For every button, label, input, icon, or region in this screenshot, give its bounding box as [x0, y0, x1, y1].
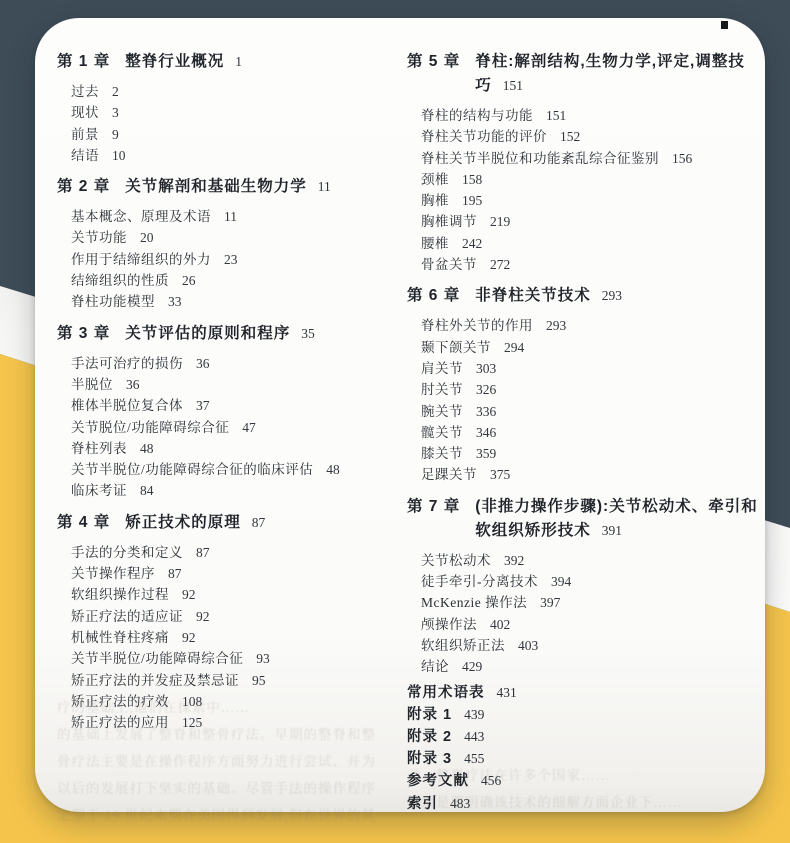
toc-item-page: 36	[196, 356, 210, 371]
chapter-page-number: 391	[602, 523, 622, 538]
toc-item-label: 前景	[71, 127, 99, 142]
toc-item: 半脱位36	[71, 374, 399, 395]
toc-item-label: 关节半脱位/功能障碍综合征的临床评估	[71, 462, 313, 477]
toc-item: 结缔组织的性质26	[71, 270, 399, 291]
back-matter-item: 索引483	[407, 793, 759, 815]
toc-item-label: 胸椎	[421, 193, 449, 208]
toc-item-label: 关节松动术	[421, 553, 491, 568]
toc-item-page: 92	[182, 630, 196, 645]
chapter-title-text: 关节评估的原则和程序	[125, 325, 290, 342]
toc-item-label: 软组织矫正法	[421, 638, 505, 653]
toc-item-label: 关节功能	[71, 230, 127, 245]
toc-item-page: 26	[182, 273, 196, 288]
chapter-title: 关节解剖和基础生物力学11	[125, 175, 399, 199]
chapter-page-number: 87	[252, 515, 266, 530]
toc-item-page: 125	[182, 715, 202, 730]
toc-item-list: 手法可治疗的损伤36半脱位36椎体半脱位复合体37关节脱位/功能障碍综合征47脊…	[57, 353, 399, 502]
back-matter-item: 附录 1439	[407, 704, 759, 726]
toc-item-label: 现状	[71, 105, 99, 120]
back-matter-item: 常用术语表431	[407, 682, 759, 704]
chapter-number: 第 3 章	[57, 322, 110, 346]
toc-item: 脊柱的结构与功能151	[421, 105, 759, 126]
toc-item-page: 33	[168, 294, 182, 309]
toc-item-page: 92	[196, 609, 210, 624]
toc-item: 足踝关节375	[421, 464, 759, 485]
back-matter-label: 附录 1	[407, 707, 452, 723]
toc-item-page: 11	[224, 209, 237, 224]
toc-item-page: 95	[252, 673, 266, 688]
chapter-heading: 第 4 章矫正技术的原理87	[57, 511, 399, 535]
toc-item: 关节半脱位/功能障碍综合征93	[71, 648, 399, 669]
chapter-title: 非脊柱关节技术293	[475, 284, 759, 308]
toc-item-label: 矫正疗法的应用	[71, 715, 169, 730]
toc-item-page: 3	[112, 105, 119, 120]
toc-column-right: 第 5 章脊柱:解剖结构,生物力学,评定,调整技巧151脊柱的结构与功能151脊…	[407, 50, 759, 815]
chapter-title: 脊柱:解剖结构,生物力学,评定,调整技巧151	[475, 50, 759, 98]
toc-item: 徒手牵引-分离技术394	[421, 571, 759, 592]
toc-item-page: 397	[540, 595, 560, 610]
toc-item: 颈椎158	[421, 169, 759, 190]
toc-item: 手法的分类和定义87	[71, 542, 399, 563]
toc-item-label: 颅操作法	[421, 617, 477, 632]
toc-item-page: 47	[242, 420, 256, 435]
back-matter-page: 443	[464, 729, 484, 744]
toc-item-label: 脊柱列表	[71, 441, 127, 456]
toc-column-left: 第 1 章整脊行业概况1过去2现状3前景9结语10第 2 章关节解剖和基础生物力…	[57, 50, 399, 737]
toc-item: 关节功能20	[71, 227, 399, 248]
toc-item: 机械性脊柱疼痛92	[71, 627, 399, 648]
toc-item-page: 429	[462, 659, 482, 674]
toc-item-label: 结缔组织的性质	[71, 273, 169, 288]
toc-item-list: 脊柱的结构与功能151脊柱关节功能的评价152脊柱关节半脱位和功能紊乱综合征鉴别…	[407, 105, 759, 275]
chapter-title: 关节评估的原则和程序35	[125, 322, 399, 346]
toc-item-page: 242	[462, 236, 482, 251]
toc-item: 关节脱位/功能障碍综合征47	[71, 417, 399, 438]
toc-item-label: 椎体半脱位复合体	[71, 398, 183, 413]
chapter-number: 第 4 章	[57, 511, 110, 535]
toc-item-page: 93	[256, 651, 270, 666]
toc-item-page: 359	[476, 446, 496, 461]
toc-item: 基本概念、原理及术语11	[71, 206, 399, 227]
toc-item-page: 2	[112, 84, 119, 99]
toc-item-label: 胸椎调节	[421, 214, 477, 229]
toc-item-label: 脊柱关节半脱位和功能紊乱综合征鉴别	[421, 151, 659, 166]
toc-item-label: 作用于结缔组织的外力	[71, 252, 211, 267]
toc-item-label: 关节脱位/功能障碍综合征	[71, 420, 229, 435]
back-matter-item: 参考文献456	[407, 770, 759, 792]
chapter-title-text: 非脊柱关节技术	[475, 287, 591, 304]
toc-item-label: 颈椎	[421, 172, 449, 187]
toc-item: 前景9	[71, 124, 399, 145]
toc-item: 膝关节359	[421, 443, 759, 464]
toc-item-page: 151	[546, 108, 566, 123]
chapter-number: 第 6 章	[407, 284, 460, 308]
back-matter-page: 455	[464, 751, 484, 766]
toc-item-label: 结论	[421, 659, 449, 674]
toc-item-page: 92	[182, 587, 196, 602]
toc-item: 现状3	[71, 102, 399, 123]
back-matter-label: 索引	[407, 796, 438, 812]
toc-item-label: 矫正疗法的适应证	[71, 609, 183, 624]
chapter-heading: 第 7 章(非推力操作步骤):关节松动术、牵引和软组织矫形技术391	[407, 495, 759, 543]
toc-item-label: 脊柱关节功能的评价	[421, 129, 547, 144]
toc-item-label: 腕关节	[421, 404, 463, 419]
toc-item: 腕关节336	[421, 401, 759, 422]
toc-item-page: 336	[476, 404, 496, 419]
back-matter-label: 常用术语表	[407, 685, 485, 701]
toc-item: 过去2	[71, 81, 399, 102]
toc-item: 脊柱外关节的作用293	[421, 315, 759, 336]
chapter-number: 第 1 章	[57, 50, 110, 74]
toc-item-page: 84	[140, 483, 154, 498]
toc-item-page: 9	[112, 127, 119, 142]
toc-item-page: 346	[476, 425, 496, 440]
back-matter-page: 483	[450, 796, 470, 811]
toc-item-label: 半脱位	[71, 377, 113, 392]
toc-item: 脊柱列表48	[71, 438, 399, 459]
chapter-page-number: 11	[318, 179, 331, 194]
toc-item-page: 392	[504, 553, 524, 568]
toc-item-page: 20	[140, 230, 154, 245]
toc-item-page: 375	[490, 467, 510, 482]
toc-item-page: 294	[504, 340, 524, 355]
toc-item-list: 手法的分类和定义87关节操作程序87软组织操作过程92矫正疗法的适应证92机械性…	[57, 542, 399, 734]
toc-item: 肘关节326	[421, 379, 759, 400]
toc-item: 椎体半脱位复合体37	[71, 395, 399, 416]
toc-item-page: 402	[490, 617, 510, 632]
toc-item: 脊柱功能模型33	[71, 291, 399, 312]
toc-item-page: 87	[196, 545, 210, 560]
toc-item-page: 272	[490, 257, 510, 272]
toc-item-page: 37	[196, 398, 210, 413]
back-matter-label: 附录 3	[407, 751, 452, 767]
toc-item: 胸椎调节219	[421, 211, 759, 232]
toc-item: 软组织操作过程92	[71, 584, 399, 605]
toc-item: 矫正疗法的疗效108	[71, 691, 399, 712]
back-matter-page: 456	[481, 773, 501, 788]
chapter-page-number: 151	[503, 78, 523, 93]
toc-item: 临床考证84	[71, 480, 399, 501]
ghost-line: 骨疗法主要是在操作程序方面努力进行尝试、并为	[57, 748, 393, 775]
toc-item-list: 基本概念、原理及术语11关节功能20作用于结缔组织的外力23结缔组织的性质26脊…	[57, 206, 399, 312]
chapter-heading: 第 6 章非脊柱关节技术293	[407, 284, 759, 308]
toc-item: 结论429	[421, 656, 759, 677]
chapter-page-number: 35	[301, 326, 315, 341]
back-matter-item: 附录 2443	[407, 726, 759, 748]
back-matter-page: 431	[497, 685, 517, 700]
toc-item: 结语10	[71, 145, 399, 166]
toc-item: 髋关节346	[421, 422, 759, 443]
toc-item-label: 徒手牵引-分离技术	[421, 574, 538, 589]
toc-item: 软组织矫正法403	[421, 635, 759, 656]
toc-item-label: 软组织操作过程	[71, 587, 169, 602]
toc-item-label: McKenzie 操作法	[421, 595, 527, 610]
toc-item: 关节松动术392	[421, 550, 759, 571]
toc-item: 脊柱关节功能的评价152	[421, 126, 759, 147]
back-matter-item: 附录 3455	[407, 748, 759, 770]
toc-item: 矫正疗法的应用125	[71, 712, 399, 733]
toc-item-page: 326	[476, 382, 496, 397]
toc-item-page: 48	[326, 462, 340, 477]
toc-item-page: 158	[462, 172, 482, 187]
toc-item-label: 脊柱的结构与功能	[421, 108, 533, 123]
back-matter-label: 参考文献	[407, 773, 469, 789]
chapter-title: (非推力操作步骤):关节松动术、牵引和软组织矫形技术391	[475, 495, 759, 543]
toc-item-page: 108	[182, 694, 202, 709]
toc-item-page: 394	[551, 574, 571, 589]
toc-item-label: 基本概念、原理及术语	[71, 209, 211, 224]
toc-item-label: 腰椎	[421, 236, 449, 251]
back-matter-label: 附录 2	[407, 729, 452, 745]
chapter-title: 整脊行业概况1	[125, 50, 399, 74]
toc-item-page: 156	[672, 151, 692, 166]
toc-item-label: 矫正疗法的并发症及禁忌证	[71, 673, 239, 688]
toc-item-page: 48	[140, 441, 154, 456]
toc-item-label: 骨盆关节	[421, 257, 477, 272]
toc-item: 胸椎195	[421, 190, 759, 211]
toc-item-label: 矫正疗法的疗效	[71, 694, 169, 709]
toc-item-label: 脊柱外关节的作用	[421, 318, 533, 333]
toc-item: 关节半脱位/功能障碍综合征的临床评估48	[71, 459, 399, 480]
toc-item-label: 肘关节	[421, 382, 463, 397]
toc-item-page: 36	[126, 377, 140, 392]
chapter-number: 第 2 章	[57, 175, 110, 199]
toc-item-list: 过去2现状3前景9结语10	[57, 81, 399, 166]
toc-item-label: 手法可治疗的损伤	[71, 356, 183, 371]
chapter-heading: 第 3 章关节评估的原则和程序35	[57, 322, 399, 346]
toc-item-label: 过去	[71, 84, 99, 99]
toc-item-page: 219	[490, 214, 510, 229]
back-matter-page: 439	[464, 707, 484, 722]
toc-item: 腰椎242	[421, 233, 759, 254]
chapter-title-text: 整脊行业概况	[125, 53, 224, 70]
toc-item-label: 肩关节	[421, 361, 463, 376]
chapter-title-text: 矫正技术的原理	[125, 514, 241, 531]
toc-item-page: 87	[168, 566, 182, 581]
chapter-number: 第 7 章	[407, 495, 460, 519]
chapter-page-number: 293	[602, 288, 622, 303]
toc-item: 肩关节303	[421, 358, 759, 379]
toc-item-label: 手法的分类和定义	[71, 545, 183, 560]
registration-mark	[721, 21, 728, 29]
toc-item: 作用于结缔组织的外力23	[71, 249, 399, 270]
toc-item-page: 23	[224, 252, 238, 267]
toc-item-label: 膝关节	[421, 446, 463, 461]
toc-item-page: 403	[518, 638, 538, 653]
chapter-title: 矫正技术的原理87	[125, 511, 399, 535]
toc-item-label: 颞下颌关节	[421, 340, 491, 355]
toc-item-label: 机械性脊柱疼痛	[71, 630, 169, 645]
toc-item: 矫正疗法的并发症及禁忌证95	[71, 670, 399, 691]
toc-item: 关节操作程序87	[71, 563, 399, 584]
toc-item: 颞下颌关节294	[421, 337, 759, 358]
toc-item-list: 关节松动术392徒手牵引-分离技术394McKenzie 操作法397颅操作法4…	[407, 550, 759, 678]
chapter-heading: 第 2 章关节解剖和基础生物力学11	[57, 175, 399, 199]
toc-item-label: 结语	[71, 148, 99, 163]
toc-item-label: 脊柱功能模型	[71, 294, 155, 309]
chapter-heading: 第 1 章整脊行业概况1	[57, 50, 399, 74]
toc-item-label: 关节半脱位/功能障碍综合征	[71, 651, 243, 666]
toc-item-page: 195	[462, 193, 482, 208]
toc-item: 脊柱关节半脱位和功能紊乱综合征鉴别156	[421, 148, 759, 169]
toc-item: 颅操作法402	[421, 614, 759, 635]
toc-item-label: 关节操作程序	[71, 566, 155, 581]
toc-item-page: 303	[476, 361, 496, 376]
toc-item: 骨盆关节272	[421, 254, 759, 275]
toc-item: 手法可治疗的损伤36	[71, 353, 399, 374]
toc-item-page: 10	[112, 148, 126, 163]
chapter-page-number: 1	[235, 54, 242, 69]
book-page: 疗的基础上,他们在探索中……的基础上发展了整脊和整骨疗法。早期的整脊和整骨疗法主…	[35, 18, 765, 812]
toc-item: McKenzie 操作法397	[421, 592, 759, 613]
chapter-number: 第 5 章	[407, 50, 460, 74]
chapter-title-text: 关节解剖和基础生物力学	[125, 178, 307, 195]
chapter-heading: 第 5 章脊柱:解剖结构,生物力学,评定,调整技巧151	[407, 50, 759, 98]
toc-item-list: 脊柱外关节的作用293颞下颌关节294肩关节303肘关节326腕关节336髋关节…	[407, 315, 759, 485]
toc-item-label: 临床考证	[71, 483, 127, 498]
toc-item-page: 293	[546, 318, 566, 333]
ghost-line: 以后的发展打下坚实的基础。尽管手法的操作程序	[57, 775, 393, 802]
toc-item-page: 152	[560, 129, 580, 144]
toc-item-label: 足踝关节	[421, 467, 477, 482]
toc-item: 矫正疗法的适应证92	[71, 606, 399, 627]
toc-item-label: 髋关节	[421, 425, 463, 440]
